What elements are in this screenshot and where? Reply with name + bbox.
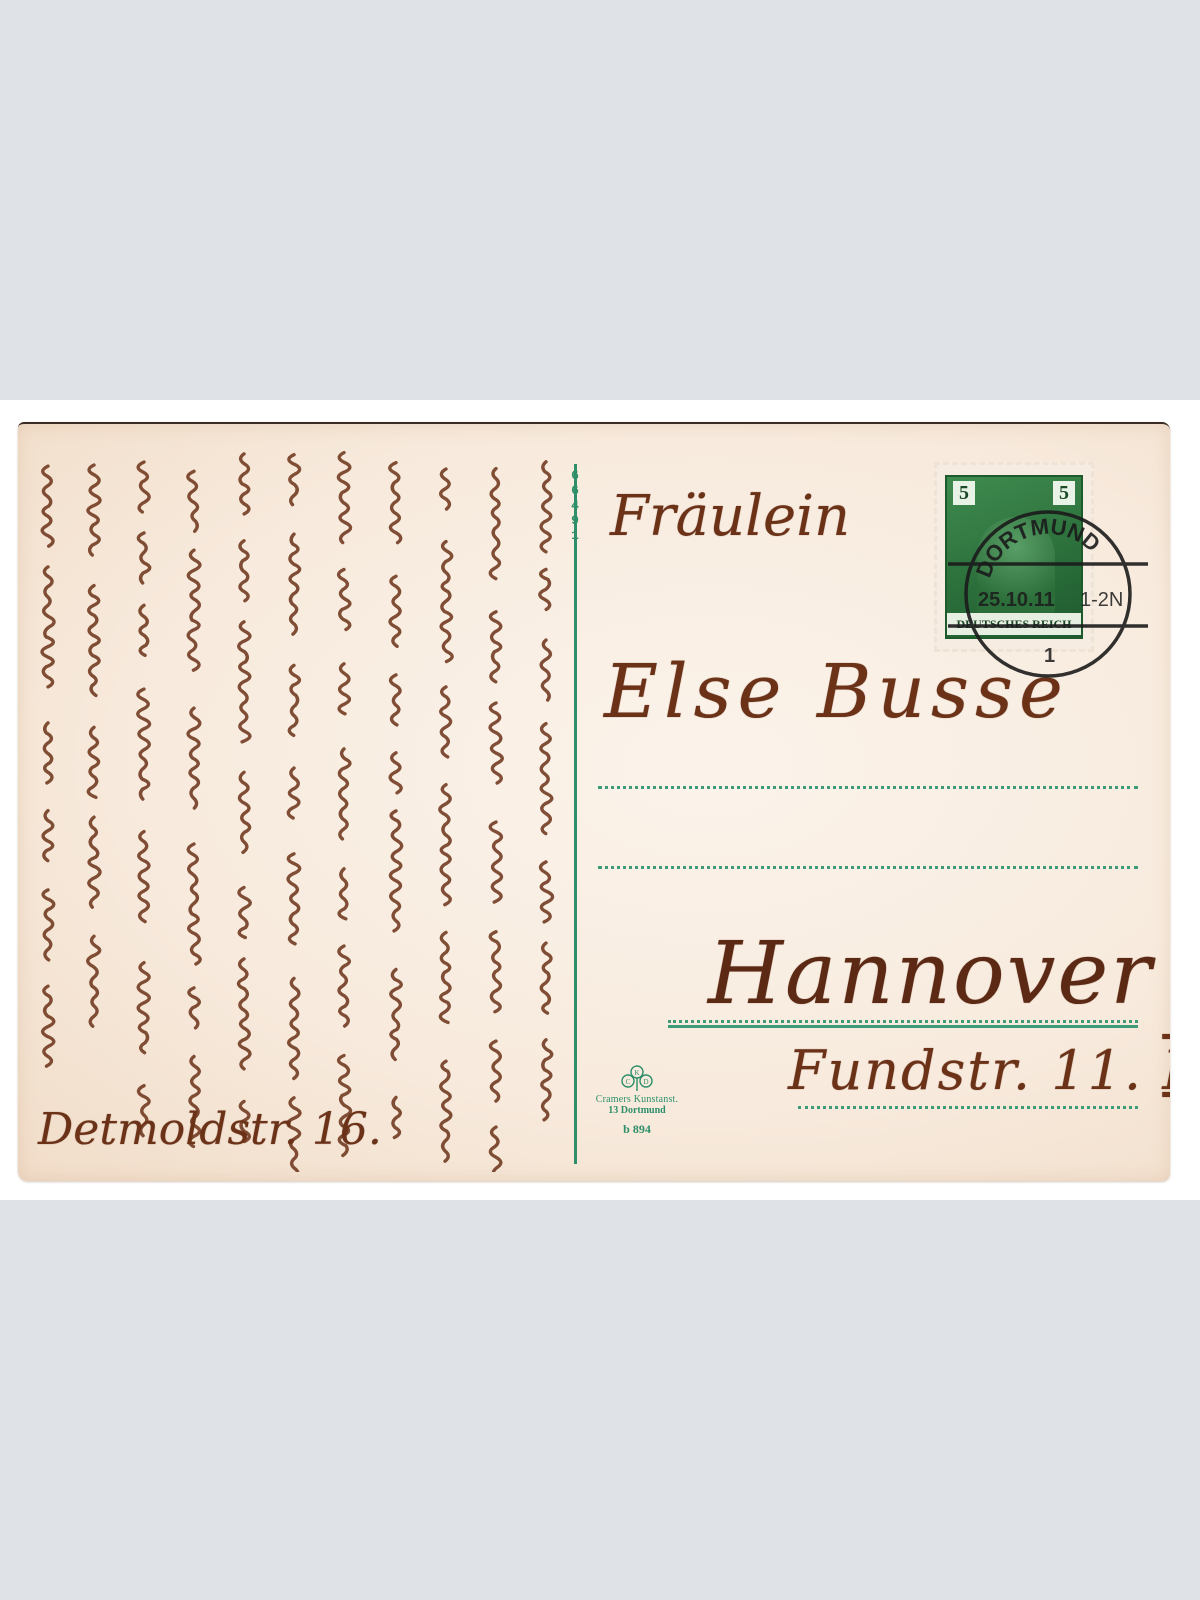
recipient-city: Hannover: [708, 924, 1153, 1024]
street-name: Fundstr. 11.: [788, 1039, 1143, 1102]
series-code: b 894: [582, 1122, 692, 1137]
card-code: 66491: [569, 468, 581, 543]
handwritten-message: [26, 432, 566, 1172]
printer-name: Cramers Kunstanst.: [582, 1094, 692, 1105]
printer-city: 13 Dortmund: [582, 1105, 692, 1116]
svg-text:D: D: [643, 1078, 648, 1086]
address-line-4: [798, 1106, 1138, 1109]
photo-frame: Detmoldstr. 16. 66491 K C D Cramers Kuns…: [0, 400, 1200, 1200]
stamp-value-right: 5: [1053, 481, 1075, 505]
recipient-name: Else Busse: [604, 649, 1069, 735]
sender-address: Detmoldstr. 16.: [38, 1104, 382, 1155]
recipient-street: Fundstr. 11. II: [788, 1039, 1170, 1102]
stamp-design: 5 5 DEUTSCHES REICH: [945, 475, 1083, 639]
city-underline: [668, 1025, 1138, 1028]
germania-figure-icon: [977, 517, 1055, 617]
postage-stamp: 5 5 DEUTSCHES REICH: [934, 462, 1094, 652]
svg-text:K: K: [634, 1069, 639, 1077]
postcard: Detmoldstr. 16. 66491 K C D Cramers Kuns…: [18, 422, 1170, 1181]
address-line-2: [598, 866, 1138, 869]
salutation: Fräulein: [610, 484, 850, 549]
trefoil-logo-icon: K C D: [617, 1064, 657, 1092]
svg-text:C: C: [626, 1078, 631, 1086]
printer-mark: K C D Cramers Kunstanst. 13 Dortmund b 8…: [582, 1064, 692, 1137]
stamp-value-left: 5: [953, 481, 975, 505]
address-line-1: [598, 786, 1138, 789]
floor-number: II: [1162, 1039, 1170, 1102]
divider-line: [574, 464, 577, 1164]
stamp-banner: DEUTSCHES REICH: [947, 613, 1081, 635]
